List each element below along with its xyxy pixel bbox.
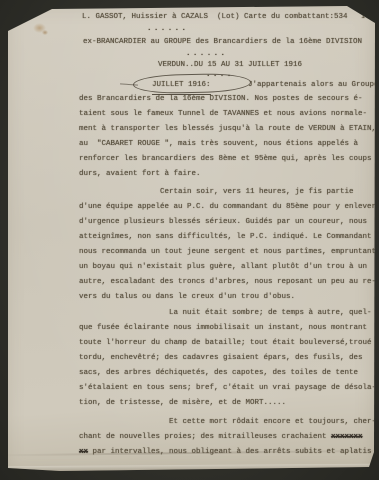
typed-line: que fusée éclairante nous immobilisait u… (79, 321, 376, 336)
typed-line: s'étalaient en tous sens; bref, c'était … (79, 381, 376, 396)
ellipse-mark-tail (120, 83, 138, 85)
typed-line: au "CABARET ROUGE ", mais très souvent, … (79, 137, 376, 152)
paragraph: Certain soir, vers 11 heures, je fis par… (79, 185, 376, 305)
typed-line: chant de nouvelles proies; des mitraille… (79, 430, 376, 445)
typed-line: durs, avaient fort à faire. (79, 167, 376, 182)
paper-bottom-edge (0, 464, 379, 473)
typed-line: La nuit était sombre; de temps à autre, … (79, 306, 376, 321)
typed-line: ment à transporter les blessés jusqu'à l… (79, 122, 376, 137)
photo-backdrop: L. GASSOT, Huissier à CAZALS (Lot) Carte… (0, 0, 379, 480)
typed-line: taient sous le fameux Tunnel de TAVANNES… (79, 107, 376, 122)
typed-line: vers du talus ou dans le creux d'un trou… (79, 290, 376, 305)
header-line-1: L. GASSOT, Huissier à CAZALS (Lot) Carte… (82, 10, 348, 25)
typed-line: atteignîmes, non sans difficultés, le P.… (79, 230, 376, 245)
typed-line: autre, escaladant des troncs d'arbres, n… (79, 275, 376, 290)
typed-line: sacs, des arbres déchiquetés, des capote… (79, 366, 376, 381)
typed-line: tion, de tristesse, de misère, et de MOR… (79, 396, 376, 411)
typed-line: des Brancardiers de la 16ème DIVISION. N… (79, 92, 376, 107)
typed-line: renforcer les brancardiers des 8ème et 9… (79, 152, 376, 167)
paragraph: des Brancardiers de la 16ème DIVISION. N… (79, 92, 376, 182)
stain-mark (42, 30, 48, 35)
typed-line: nous recommanda un tout jeune sergent et… (79, 245, 376, 260)
typed-line: toute l'horreur du champ de bataille; to… (79, 336, 376, 351)
typed-line: un boyau qui n'existait plus guère, alla… (79, 260, 376, 275)
typed-line: Certain soir, vers 11 heures, je fis par… (79, 185, 376, 200)
typed-line: tordu, enchevêtré; des cadavres gisaient… (79, 351, 376, 366)
typed-text: chant de nouvelles proies; des mitraille… (79, 433, 331, 441)
typed-line: J'appartenais alors au Groupe (248, 78, 379, 93)
paragraph: La nuit était sombre; de temps à autre, … (79, 306, 376, 411)
page-number: I (361, 10, 366, 25)
typed-line: d'urgence plusieurs blessés sérieux. Gui… (79, 215, 376, 230)
typed-line: Et cette mort rôdait encore et toujours,… (79, 415, 376, 430)
paper-sheet: L. GASSOT, Huissier à CAZALS (Lot) Carte… (0, 0, 379, 480)
typed-line: d'une équipe appelée au P.C. du commanda… (79, 200, 376, 215)
strikethrough-text: xxxxxxx (331, 433, 363, 441)
